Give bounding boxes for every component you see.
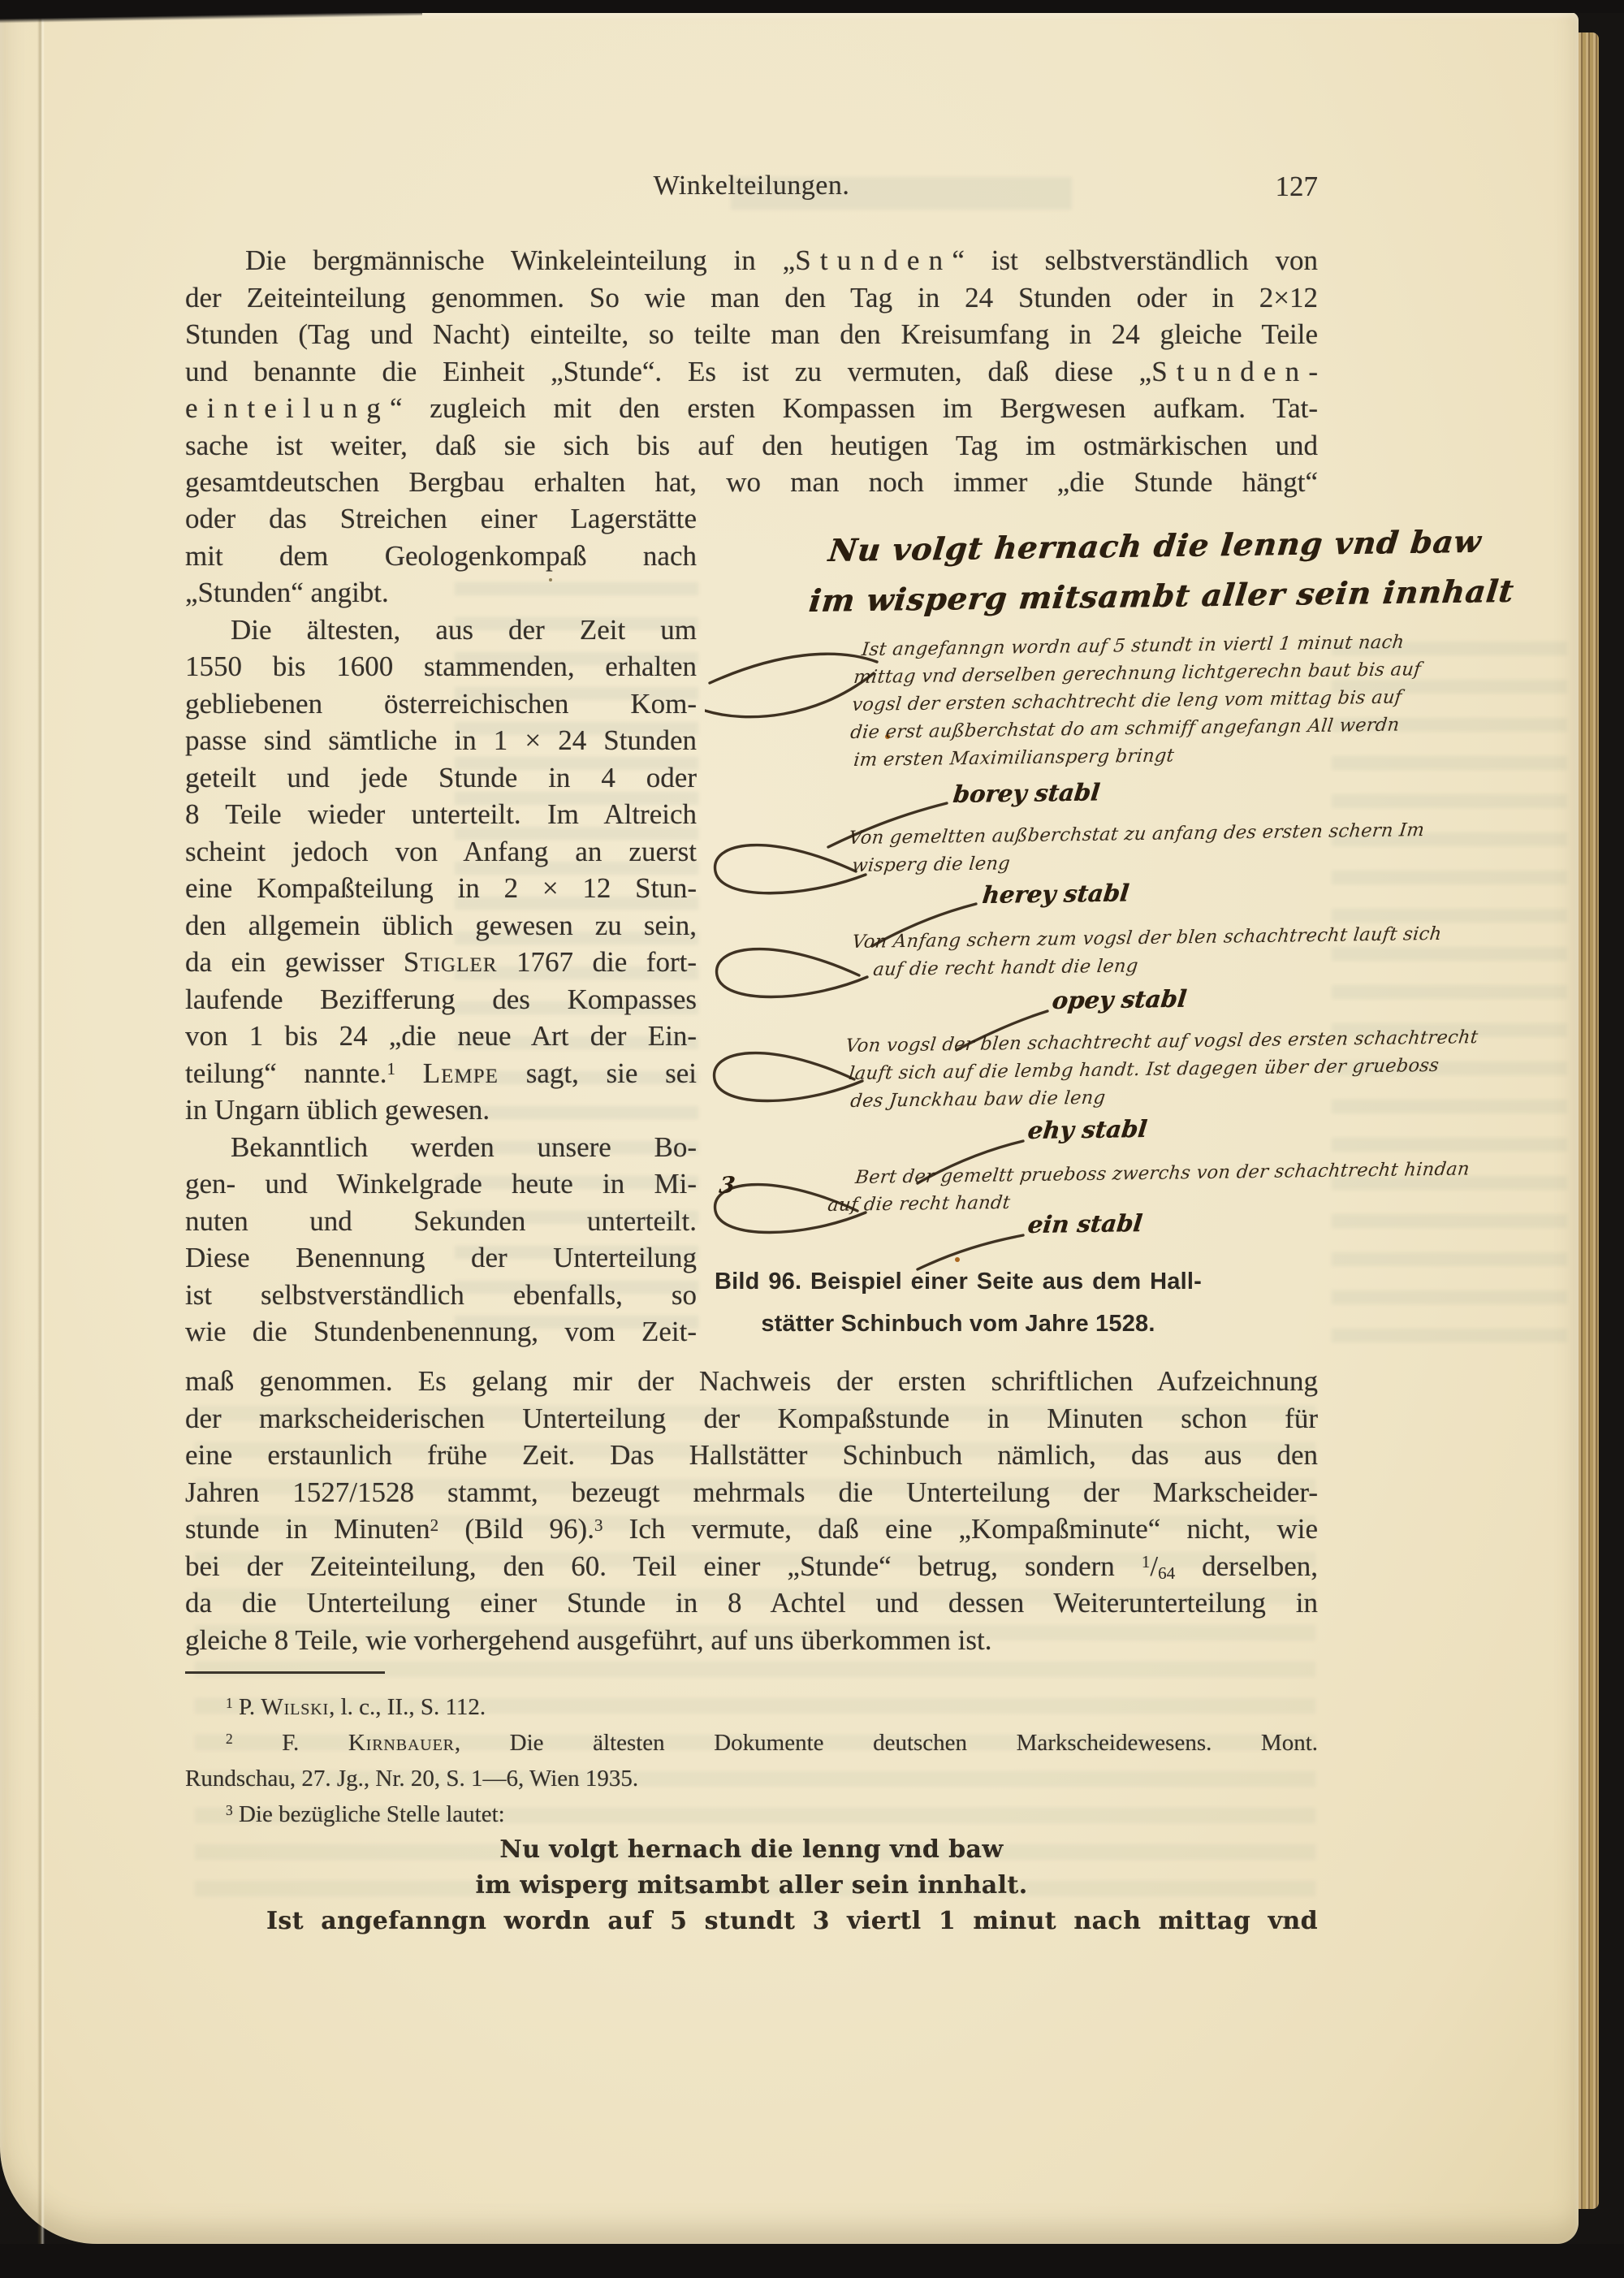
scanned-book-photo: Winkelteilungen. 127 Die bergmännische W…	[0, 0, 1624, 2278]
book-edge-top-wedge	[0, 8, 422, 26]
paragraph-2: maß genommen. Es gelang mir der Nachweis…	[185, 1363, 1318, 1658]
gutter-crease	[37, 12, 45, 2244]
text-line: Jahren 1527/1528 stammt, bezeugt mehrmal…	[185, 1474, 1318, 1511]
text-line: gleiche 8 Teile, wie vorhergehend ausgef…	[185, 1622, 1318, 1659]
text-line: sache ist weiter, daß sie sich bis auf d…	[185, 427, 1318, 465]
text-line: ist selbstverständlich ebenfalls, so	[185, 1277, 697, 1314]
text-line: Bekanntlich werden unsere Bo-	[185, 1129, 697, 1166]
text-line: Die bergmännische Winkeleinteilung in „S…	[185, 242, 1318, 279]
text-line: mit dem Geologenkompaß nach	[185, 538, 697, 575]
paragraph-1: Die bergmännische Winkeleinteilung in „S…	[185, 242, 1318, 501]
text-line: der Zeiteinteilung genommen. So wie man …	[185, 279, 1318, 317]
blackletter-quote-line: Ist angefanngn wordn auf 5 stundt 3 vier…	[185, 1904, 1318, 1939]
manuscript-margin-mark: 3	[718, 1172, 736, 1199]
manuscript-label: borey stabl	[952, 778, 1101, 808]
text-line: gen- und Winkelgrade heute in Mi-	[185, 1165, 697, 1203]
blackletter-quote-line: Nu volgt hernach die lenng vnd baw	[185, 1832, 1318, 1868]
manuscript-line: im ersten Maximiliansperg bringt	[853, 746, 1175, 771]
text-line: maß genommen. Es gelang mir der Nachweis…	[185, 1363, 1318, 1400]
book-edge-bottom	[0, 2244, 1624, 2278]
manuscript-line: auf die recht handt die leng	[872, 955, 1139, 980]
text-line: Die ältesten, aus der Zeit um	[185, 612, 697, 649]
text-line: bei der Zeiteinteilung, den 60. Teil ein…	[185, 1548, 1318, 1585]
text-line: den allgemein üblich gewesen zu sein,	[185, 907, 697, 944]
text-line: Diese Benennung der Unterteilung	[185, 1239, 697, 1277]
text-line: „Stunden“ angibt.	[185, 574, 697, 612]
text-line: gesamtdeutschen Bergbau erhalten hat, wo…	[185, 464, 1318, 501]
page-stack-edge	[1579, 32, 1599, 2209]
figure-caption: Bild 96. Beispiel einer Seite aus dem Ha…	[715, 1260, 1202, 1345]
manuscript-label: herey stabl	[981, 879, 1130, 909]
manuscript-label: ein stabl	[1026, 1209, 1143, 1238]
caption-line: stätter Schinbuch vom Jahre 1528.	[715, 1303, 1202, 1345]
text-line: stunde in Minuten2 (Bild 96).3 Ich vermu…	[185, 1511, 1318, 1548]
text-line: Stunden (Tag und Nacht) einteilte, so te…	[185, 316, 1318, 353]
text-line: nuten und Sekunden unterteilt.	[185, 1203, 697, 1240]
text-line: teilung“ nannte.1 Lempe sagt, sie sei	[185, 1055, 697, 1092]
footnotes: 1 P. Wilski, l. c., II., S. 112. 2 F. Ki…	[185, 1689, 1318, 1939]
page-number: 127	[1276, 171, 1319, 203]
text-line: eine Kompaßteilung in 2 × 12 Stun-	[185, 870, 697, 907]
manuscript-label: ehy stabl	[1026, 1115, 1148, 1144]
blackletter-quote-line: im wisperg mitsambt aller sein innhalt.	[185, 1868, 1318, 1904]
manuscript-label: opey stabl	[1051, 985, 1188, 1014]
footnote-line: Rundschau, 27. Jg., Nr. 20, S. 1—6, Wien…	[185, 1761, 1318, 1796]
manuscript-line: wisperg die leng	[851, 853, 1011, 876]
text-line: 8 Teile wieder unterteilt. Im Altreich	[185, 796, 697, 833]
figure-bild-96: Nu volgt hernach die lenng vnd baw im wi…	[705, 524, 1478, 1275]
text-line: in Ungarn üblich gewesen.	[185, 1091, 697, 1129]
text-line: scheint jedoch von Anfang an zuerst	[185, 833, 697, 871]
page-header: Winkelteilungen. 127	[185, 171, 1318, 206]
footnote-line: 3 Die bezügliche Stelle lautet:	[185, 1796, 1318, 1832]
text-line: passe sind sämtliche in 1 × 24 Stunden	[185, 722, 697, 759]
text-line: von 1 bis 24 „die neue Art der Ein-	[185, 1018, 697, 1055]
text-line: und benannte die Einheit „Stunde“. Es is…	[185, 353, 1318, 391]
text-line: einteilung“ zugleich mit den ersten Komp…	[185, 390, 1318, 427]
caption-line: Bild 96. Beispiel einer Seite aus dem Ha…	[715, 1260, 1202, 1303]
text-line: gebliebenen österreichischen Kom-	[185, 685, 697, 723]
text-line: da die Unterteilung einer Stunde in 8 Ac…	[185, 1584, 1318, 1622]
footnote-line: 1 P. Wilski, l. c., II., S. 112.	[185, 1689, 1318, 1725]
running-title: Winkelteilungen.	[185, 171, 1318, 201]
manuscript-line: des Junckhau baw die leng	[849, 1087, 1107, 1112]
manuscript-line: auf die recht handt	[827, 1192, 1012, 1216]
text-line: der markscheiderischen Unterteilung der …	[185, 1400, 1318, 1437]
footnote-line: 2 F. Kirnbauer, Die ältesten Dokumente d…	[185, 1725, 1318, 1761]
text-line: geteilt und jede Stunde in 4 oder	[185, 759, 697, 797]
text-line: oder das Streichen einer Lagerstätte	[185, 500, 697, 538]
left-column: oder das Streichen einer Lagerstätte mit…	[185, 500, 697, 1351]
screenshot-root: { "colors": { "paper": "#f0e6c8", "ink":…	[0, 0, 1624, 2278]
text-line: da ein gewisser Stigler 1767 die fort-	[185, 944, 697, 981]
footnote-rule	[185, 1671, 385, 1674]
text-line: wie die Stundenbenennung, vom Zeit-	[185, 1313, 697, 1351]
text-line: laufende Bezifferung des Kompasses	[185, 981, 697, 1018]
text-line: eine erstaunlich frühe Zeit. Das Hallstä…	[185, 1437, 1318, 1474]
text-line: 1550 bis 1600 stammenden, erhalten	[185, 648, 697, 685]
